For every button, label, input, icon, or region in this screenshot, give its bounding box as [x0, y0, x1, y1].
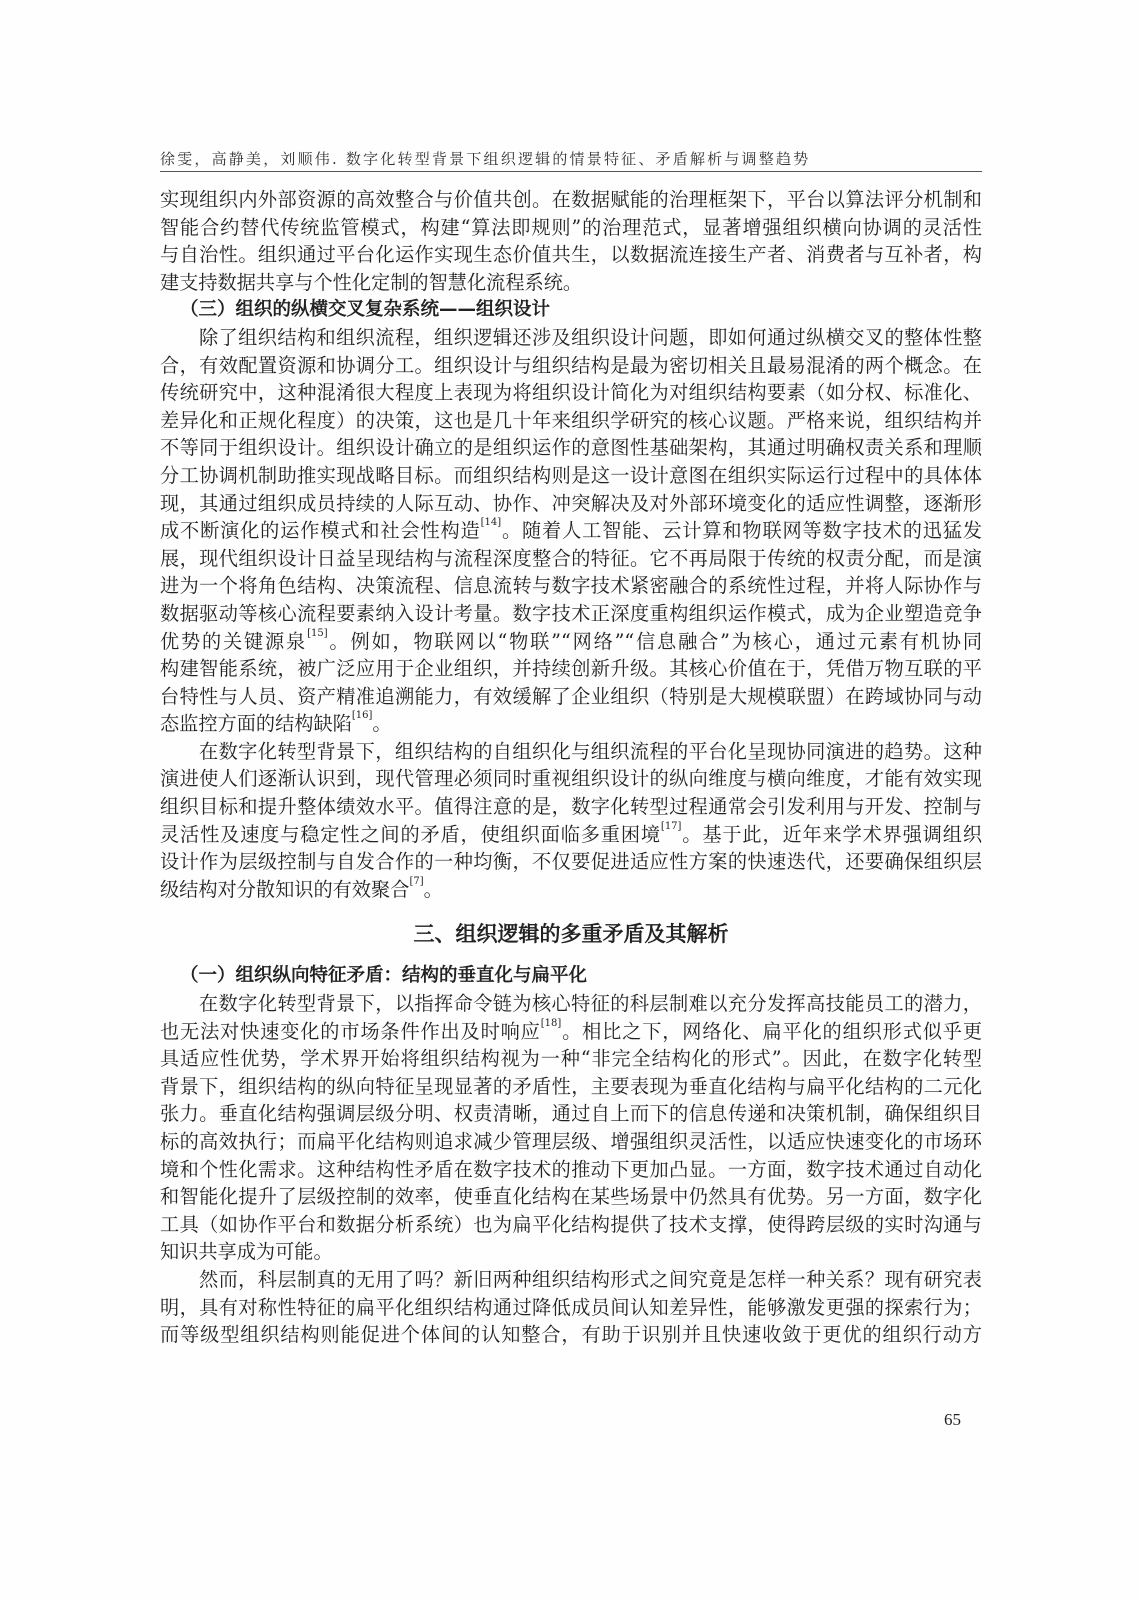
text-segment: 也无法对快速变化的市场条件作出及时响应 — [160, 1020, 541, 1043]
citation-14[interactable]: [14] — [481, 517, 502, 528]
text-line-with-citation: 成不断演化的运作模式和社会性构造[14]。随着人工智能、云计算和物联网等数字技术… — [160, 517, 982, 545]
section-title: 三、组织逻辑的多重矛盾及其解析 — [160, 907, 982, 962]
text-line: 在数字化转型背景下，组织结构的自组织化与组织流程的平台化呈现协同演进的趋势。这种 — [160, 738, 982, 766]
text-segment: 。相比之下，网络化、扁平化的组织形式似乎更 — [561, 1020, 982, 1043]
text-line: 在数字化转型背景下，以指挥命令链为核心特征的科层制难以充分发挥高技能员工的潜力， — [160, 990, 982, 1018]
citation-16[interactable]: [16] — [352, 710, 373, 721]
text-line: 建支持数据共享与个性化定制的智慧化流程系统。 — [160, 269, 982, 297]
text-line: 具适应性优势，学术界开始将组织结构视为一种“非完全结构化的形式”。因此，在数字化… — [160, 1045, 982, 1073]
subsection-heading: （一）组织纵向特征矛盾：结构的垂直化与扁平化 — [160, 962, 982, 990]
text-line: 组织目标和提升整体绩效水平。值得注意的是，数字化转型过程通常会引发利用与开发、控… — [160, 793, 982, 821]
text-segment: 。基于此，近年来学术界强调组织 — [681, 823, 982, 846]
running-head: 徐雯，高静美，刘顺伟. 数字化转型背景下组织逻辑的情景特征、矛盾解析与调整趋势 — [160, 148, 982, 169]
text-line-with-citation: 级结构对分散知识的有效聚合[7]。 — [160, 876, 982, 904]
text-line: 标的高效执行；而扁平化结构则追求减少管理层级、增强组织灵活性，以适应快速变化的市… — [160, 1128, 982, 1156]
body-text: 实现组织内外部资源的高效整合与价值共创。在数据赋能的治理框架下，平台以算法评分机… — [160, 186, 982, 1349]
citation-7[interactable]: [7] — [409, 876, 423, 887]
text-segment: 态监控方面的结构缺陷 — [160, 712, 352, 735]
text-line-with-citation: 优势的关键源泉[15]。例如，物联网以“物联”“网络”“信息融合”为核心，通过元… — [160, 628, 982, 656]
text-line: 与自治性。组织通过平台化运作实现生态价值共生，以数据流连接生产者、消费者与互补者… — [160, 241, 982, 269]
text-line: 设计作为层级控制与自发合作的一种均衡，不仅要促进适应性方案的快速迭代，还要确保组… — [160, 848, 982, 876]
text-line: 传统研究中，这种混淆很大程度上表现为将组织设计简化为对组织结构要素（如分权、标准… — [160, 379, 982, 407]
citation-17[interactable]: [17] — [661, 821, 682, 832]
text-line: 合，有效配置资源和协调分工。组织设计与组织结构是最为密切相关且最易混淆的两个概念… — [160, 352, 982, 380]
text-line: 现，其通过组织成员持续的人际互动、协作、冲突解决及对外部环境变化的适应性调整，逐… — [160, 490, 982, 518]
text-line: 而等级型组织结构则能促进个体间的认知整合，有助于识别并且快速收敛于更优的组织行动… — [160, 1321, 982, 1349]
text-line: 然而，科层制真的无用了吗？新旧两种组织结构形式之间究竟是怎样一种关系？现有研究表 — [160, 1266, 982, 1294]
text-line: 台特性与人员、资产精准追溯能力，有效缓解了企业组织（特别是大规模联盟）在跨域协同… — [160, 683, 982, 711]
text-segment: 灵活性及速度与稳定性之间的矛盾，使组织面临多重困境 — [160, 823, 661, 846]
journal-page: 徐雯，高静美，刘顺伟. 数字化转型背景下组织逻辑的情景特征、矛盾解析与调整趋势 … — [0, 0, 1140, 1600]
text-line: 进为一个将角色结构、决策流程、信息流转与数字技术紧密融合的系统性过程，并将人际协… — [160, 572, 982, 600]
text-line: 构建智能系统，被广泛应用于企业组织，并持续创新升级。其核心价值在于，凭借万物互联… — [160, 655, 982, 683]
text-line: 数据驱动等核心流程要素纳入设计考量。数字技术正深度重构组织运作模式，成为企业塑造… — [160, 600, 982, 628]
text-segment: 。 — [372, 712, 391, 735]
text-line: 和智能化提升了层级控制的效率，使垂直化结构在某些场景中仍然具有优势。另一方面，数… — [160, 1183, 982, 1211]
text-line-with-citation: 态监控方面的结构缺陷[16]。 — [160, 710, 982, 738]
text-line: 张力。垂直化结构强调层级分明、权责清晰，通过自上而下的信息传递和决策机制，确保组… — [160, 1100, 982, 1128]
text-line: 背景下，组织结构的纵向特征呈现显著的矛盾性，主要表现为垂直化结构与扁平化结构的二… — [160, 1073, 982, 1101]
text-segment: 优势的关键源泉 — [160, 630, 307, 653]
text-line: 不等同于组织设计。组织设计确立的是组织运作的意图性基础架构，其通过明确权责关系和… — [160, 434, 982, 462]
text-line: 明，具有对称性特征的扁平化组织结构通过降低成员间认知差异性，能够激发更强的探索行… — [160, 1294, 982, 1322]
citation-15[interactable]: [15] — [307, 628, 328, 639]
text-line: 智能合约替代传统监管模式，构建“算法即规则”的治理范式，显著增强组织横向协调的灵… — [160, 214, 982, 242]
text-line: 知识共享成为可能。 — [160, 1238, 982, 1266]
subsection-heading: （三）组织的纵横交叉复杂系统——组织设计 — [160, 296, 982, 324]
text-segment: 级结构对分散知识的有效聚合 — [160, 878, 409, 901]
text-line: 差异化和正规化程度）的决策，这也是几十年来组织学研究的核心议题。严格来说，组织结… — [160, 407, 982, 435]
text-line-with-citation: 灵活性及速度与稳定性之间的矛盾，使组织面临多重困境[17]。基于此，近年来学术界… — [160, 821, 982, 849]
text-segment: 。例如，物联网以“物联”“网络”“信息融合”为核心，通过元素有机协同 — [328, 630, 982, 653]
text-line: 演进使人们逐渐认识到，现代管理必须同时重视组织设计的纵向维度与横向维度，才能有效… — [160, 765, 982, 793]
text-line: 工具（如协作平台和数据分析系统）也为扁平化结构提供了技术支撑，使得跨层级的实时沟… — [160, 1211, 982, 1239]
text-segment: 。 — [424, 878, 443, 901]
header-rule — [160, 171, 982, 172]
text-segment: 。随着人工智能、云计算和物联网等数字技术的迅猛发 — [501, 519, 982, 542]
text-line: 除了组织结构和组织流程，组织逻辑还涉及组织设计问题，即如何通过纵横交叉的整体性整 — [160, 324, 982, 352]
text-line: 分工协调机制助推实现战略目标。而组织结构则是这一设计意图在组织实际运行过程中的具… — [160, 462, 982, 490]
text-segment: 成不断演化的运作模式和社会性构造 — [160, 519, 481, 542]
page-number: 65 — [944, 1410, 961, 1430]
text-line-with-citation: 也无法对快速变化的市场条件作出及时响应[18]。相比之下，网络化、扁平化的组织形… — [160, 1018, 982, 1046]
citation-18[interactable]: [18] — [541, 1018, 562, 1029]
text-line: 实现组织内外部资源的高效整合与价值共创。在数据赋能的治理框架下，平台以算法评分机… — [160, 186, 982, 214]
text-line: 境和个性化需求。这种结构性矛盾在数字技术的推动下更加凸显。一方面，数字技术通过自… — [160, 1156, 982, 1184]
text-line: 展，现代组织设计日益呈现结构与流程深度整合的特征。它不再局限于传统的权责分配，而… — [160, 545, 982, 573]
